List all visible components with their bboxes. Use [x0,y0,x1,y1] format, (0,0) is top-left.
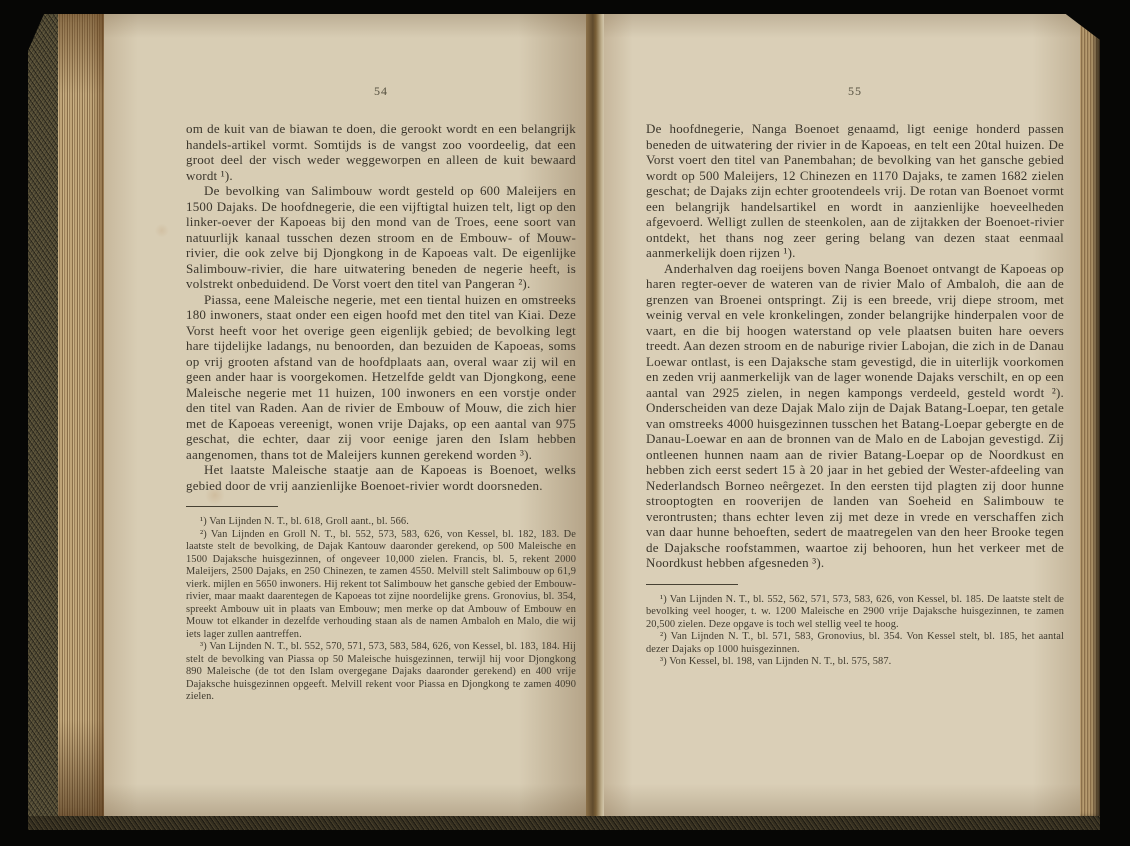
paragraph: om de kuit van de biawan te doen, die ge… [186,121,576,183]
paragraph: Het laatste Maleische staatje aan de Kap… [186,462,576,493]
left-page: 54 om de kuit van de biawan te doen, die… [104,14,586,816]
footnote-separator-rule [646,584,738,585]
photo-of-open-book: 54 om de kuit van de biawan te doen, die… [0,0,1130,846]
right-page-body: De hoofdnegerie, Nanga Boenoet genaamd, … [646,121,1064,571]
page-stack-fore-edge [58,14,104,816]
open-book: 54 om de kuit van de biawan te doen, die… [28,14,1100,830]
right-page-edge-stack [1080,14,1100,816]
cloth-binding-edge [28,14,58,816]
bottom-cover-edge [28,816,1100,830]
left-page-text-column: 54 om de kuit van de biawan te doen, die… [186,84,576,704]
right-page-text-column: 55 De hoofdnegerie, Nanga Boenoet genaam… [646,84,1064,669]
right-page: 55 De hoofdnegerie, Nanga Boenoet genaam… [604,14,1080,816]
footnote: ¹) Van Lijnden N. T., bl. 552, 562, 571,… [646,594,1064,632]
book-spread: 54 om de kuit van de biawan te doen, die… [28,14,1100,816]
right-page-number: 55 [646,84,1064,99]
book-gutter-shadow [586,14,604,816]
left-page-footnotes: ¹) Van Lijnden N. T., bl. 618, Groll aan… [186,516,576,704]
left-page-number: 54 [186,84,576,99]
paragraph: De bevolking van Salimbouw wordt gesteld… [186,183,576,292]
footnote: ³) Von Kessel, bl. 198, van Lijnden N. T… [646,656,1064,669]
paragraph: Piassa, eene Maleische negerie, met een … [186,292,576,463]
footnote: ¹) Van Lijnden N. T., bl. 618, Groll aan… [186,516,576,529]
footnote-separator-rule [186,506,278,507]
footnote: ³) Van Lijnden N. T., bl. 552, 570, 571,… [186,641,576,704]
paragraph: Anderhalven dag roeijens boven Nanga Boe… [646,261,1064,571]
right-page-footnotes: ¹) Van Lijnden N. T., bl. 552, 562, 571,… [646,594,1064,669]
footnote: ²) Van Lijnden en Groll N. T., bl. 552, … [186,529,576,642]
footnote: ²) Van Lijnden N. T., bl. 571, 583, Gron… [646,631,1064,656]
paragraph: De hoofdnegerie, Nanga Boenoet genaamd, … [646,121,1064,261]
left-page-body: om de kuit van de biawan te doen, die ge… [186,121,576,493]
